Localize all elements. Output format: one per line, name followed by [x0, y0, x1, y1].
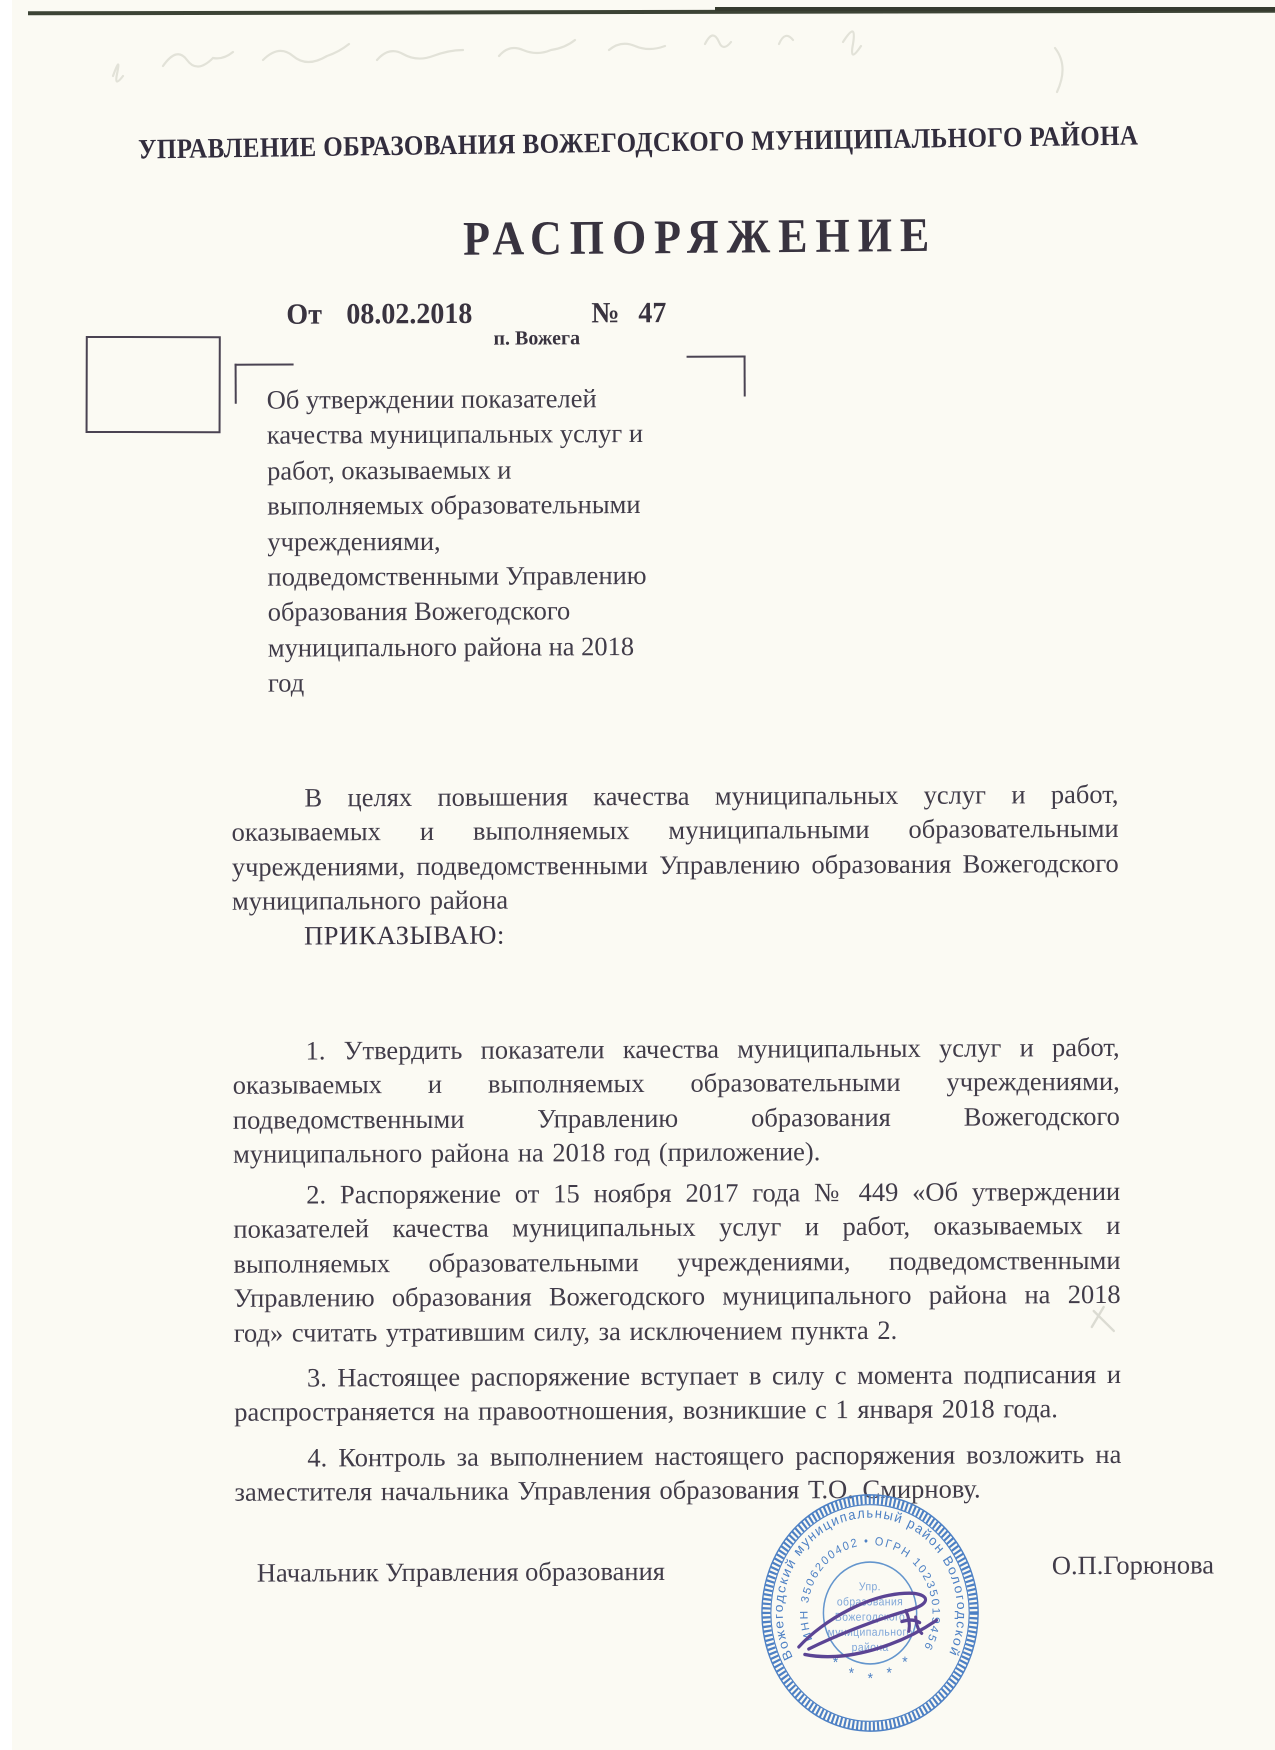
- svg-text:муниципального: муниципального: [828, 1626, 913, 1639]
- preamble-paragraph: В целях повышения качества муниципальных…: [231, 776, 1119, 918]
- scan-edge-top-right: [715, 7, 1275, 11]
- number-value: 47: [638, 297, 666, 331]
- scan-edge-left: [0, 0, 12, 1750]
- stray-pencil-mark: [1088, 1303, 1124, 1337]
- official-stamp: Вожегодский муниципальный район Вологодс…: [750, 1482, 989, 1743]
- registration-box: [86, 336, 221, 433]
- signatory-post: Начальник Управления образования: [257, 1556, 665, 1589]
- place-name: п. Вожега: [493, 327, 580, 350]
- svg-text:Упр.: Упр.: [859, 1581, 881, 1594]
- org-name: УПРАВЛЕНИЕ ОБРАЗОВАНИЯ ВОЖЕГОДСКОГО МУНИ…: [1, 119, 1275, 168]
- order-item-1: 1. Утвердить показатели качества муницип…: [233, 1029, 1121, 1171]
- date-value: 08.02.2018: [346, 298, 472, 332]
- date-label: От: [286, 298, 322, 332]
- number-sign: №: [591, 297, 619, 331]
- stamp-stars: * * * * *: [833, 1654, 908, 1687]
- svg-text:*: *: [849, 1666, 855, 1683]
- subject-block: Об утверждении показателей качества муни…: [267, 381, 713, 702]
- order-item-3: 3. Настоящее распоряжение вступает в сил…: [234, 1356, 1121, 1429]
- document-page: УПРАВЛЕНИЕ ОБРАЗОВАНИЯ ВОЖЕГОДСКОГО МУНИ…: [0, 0, 1275, 1750]
- doc-title: РАСПОРЯЖЕНИЕ: [463, 207, 938, 267]
- order-word: ПРИКАЗЫВАЮ:: [304, 920, 505, 952]
- order-item-2: 2. Распоряжение от 15 ноября 2017 года №…: [233, 1173, 1121, 1350]
- stamp-inner-text: Упр. образования Вожегодского муниципаль…: [827, 1581, 912, 1655]
- svg-text:*: *: [868, 1671, 874, 1688]
- svg-text:*: *: [886, 1665, 892, 1682]
- svg-text:*: *: [902, 1654, 908, 1671]
- signatory-name: О.П.Горюнова: [1052, 1549, 1214, 1581]
- faint-pencil-note: [95, 30, 1125, 100]
